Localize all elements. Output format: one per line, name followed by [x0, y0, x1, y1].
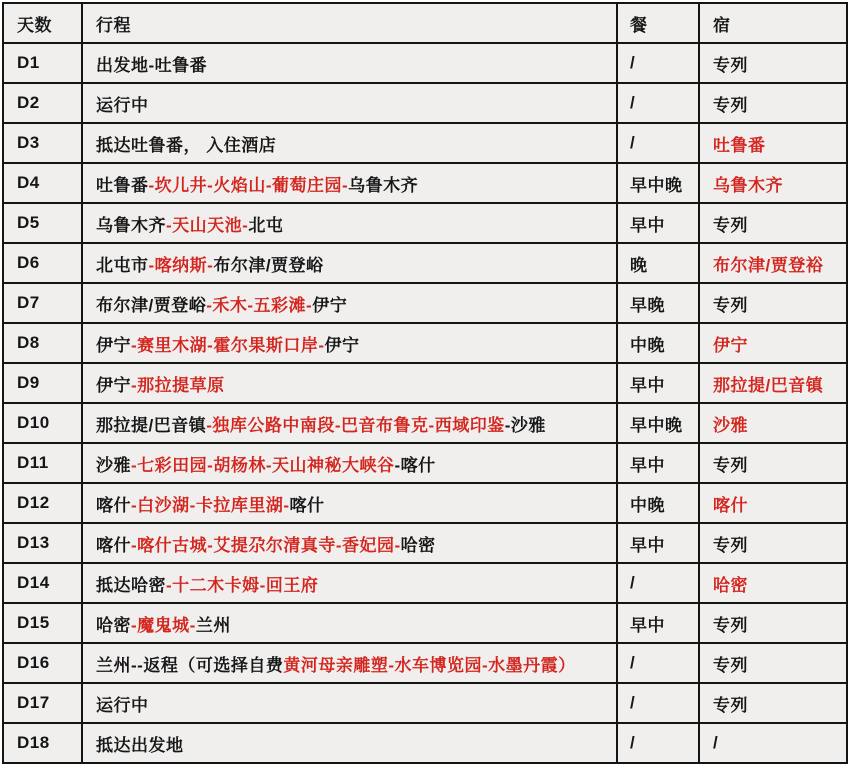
stay-cell: 专列: [699, 643, 847, 683]
itinerary-text: 出发地-吐鲁番: [96, 56, 207, 75]
itinerary-cell: 那拉提/巴音镇-独库公路中南段-巴音布鲁克-西域印鉴-沙雅: [82, 403, 617, 443]
itinerary-table: 天数 行程 餐 宿 D1出发地-吐鲁番/专列D2运行中/专列D3抵达吐鲁番， 入…: [2, 2, 848, 764]
itinerary-cell: 出发地-吐鲁番: [82, 43, 617, 83]
itinerary-text: 喀什: [96, 536, 131, 555]
stay-cell: 专列: [699, 203, 847, 243]
itinerary-highlight-text: -白沙湖-卡拉库里湖-: [131, 496, 289, 515]
page: 天数 行程 餐 宿 D1出发地-吐鲁番/专列D2运行中/专列D3抵达吐鲁番， 入…: [0, 0, 848, 732]
day-cell: D18: [3, 723, 82, 763]
stay-cell: 专列: [699, 83, 847, 123]
itinerary-cell: 运行中: [82, 83, 617, 123]
itinerary-text: 伊宁: [324, 336, 359, 355]
col-header-days: 天数: [3, 3, 82, 43]
itinerary-highlight-text: -那拉提草原: [131, 376, 225, 395]
day-cell: D16: [3, 643, 82, 683]
stay-cell: /: [699, 723, 847, 763]
table-row: D10那拉提/巴音镇-独库公路中南段-巴音布鲁克-西域印鉴-沙雅早中晚沙雅: [3, 403, 847, 443]
itinerary-cell: 伊宁-赛里木湖-霍尔果斯口岸-伊宁: [82, 323, 617, 363]
stay-cell: 那拉提/巴音镇: [699, 363, 847, 403]
day-cell: D12: [3, 483, 82, 523]
meals-cell: /: [617, 123, 699, 163]
itinerary-text: 北屯: [248, 216, 283, 235]
day-cell: D9: [3, 363, 82, 403]
itinerary-highlight-text: -魔鬼城-: [131, 616, 196, 635]
meals-cell: 中晚: [617, 323, 699, 363]
itinerary-text: 布尔津/贾登峪: [96, 296, 206, 315]
table-row: D17运行中/专列: [3, 683, 847, 723]
itinerary-text: 哈密: [401, 536, 436, 555]
itinerary-text: 伊宁: [312, 296, 347, 315]
itinerary-highlight-text: -喀纳斯-: [149, 256, 214, 275]
table-row: D14抵达哈密-十二木卡姆-回王府/哈密: [3, 563, 847, 603]
meals-cell: 早中: [617, 203, 699, 243]
itinerary-text: 北屯市: [96, 256, 149, 275]
stay-cell: 乌鲁木齐: [699, 163, 847, 203]
day-cell: D4: [3, 163, 82, 203]
itinerary-highlight-text: -坎儿井-火焰山-葡萄庄园-: [149, 176, 349, 195]
itinerary-text: 兰州: [196, 616, 231, 635]
stay-cell: 哈密: [699, 563, 847, 603]
stay-cell: 专列: [699, 443, 847, 483]
itinerary-cell: 布尔津/贾登峪-禾木-五彩滩-伊宁: [82, 283, 617, 323]
stay-cell: 专列: [699, 283, 847, 323]
itinerary-cell: 乌鲁木齐-天山天池-北屯: [82, 203, 617, 243]
itinerary-text: 喀什: [96, 496, 131, 515]
meals-cell: /: [617, 723, 699, 763]
itinerary-highlight-text: -七彩田园-胡杨林-天山神秘大峡谷: [131, 456, 394, 475]
stay-cell: 布尔津/贾登裕: [699, 243, 847, 283]
itinerary-cell: 兰州--返程（可选择自费黄河母亲雕塑-水车博览园-水墨丹霞）: [82, 643, 617, 683]
itinerary-cell: 吐鲁番-坎儿井-火焰山-葡萄庄园-乌鲁木齐: [82, 163, 617, 203]
itinerary-highlight-text: 黄河母亲雕塑-水车博览园-水墨丹霞）: [283, 656, 575, 675]
itinerary-text: -沙雅: [505, 416, 546, 435]
table-row: D9伊宁-那拉提草原早中那拉提/巴音镇: [3, 363, 847, 403]
meals-cell: /: [617, 683, 699, 723]
table-row: D4吐鲁番-坎儿井-火焰山-葡萄庄园-乌鲁木齐早中晚乌鲁木齐: [3, 163, 847, 203]
meals-cell: 晚: [617, 243, 699, 283]
itinerary-cell: 哈密-魔鬼城-兰州: [82, 603, 617, 643]
stay-cell: 吐鲁番: [699, 123, 847, 163]
day-cell: D7: [3, 283, 82, 323]
meals-cell: 早中: [617, 363, 699, 403]
table-row: D18抵达出发地//: [3, 723, 847, 763]
itinerary-text: 运行中: [96, 696, 149, 715]
itinerary-cell: 沙雅-七彩田园-胡杨林-天山神秘大峡谷-喀什: [82, 443, 617, 483]
col-header-meals: 餐: [617, 3, 699, 43]
itinerary-cell: 抵达哈密-十二木卡姆-回王府: [82, 563, 617, 603]
itinerary-text: 伊宁: [96, 336, 131, 355]
table-row: D1出发地-吐鲁番/专列: [3, 43, 847, 83]
meals-cell: 中晚: [617, 483, 699, 523]
meals-cell: 早中: [617, 523, 699, 563]
meals-cell: /: [617, 563, 699, 603]
stay-cell: 伊宁: [699, 323, 847, 363]
itinerary-text: 布尔津/贾登峪: [213, 256, 323, 275]
itinerary-text: 抵达出发地: [96, 736, 184, 755]
table-row: D13喀什-喀什古城-艾提尕尔清真寺-香妃园-哈密早中专列: [3, 523, 847, 563]
table-header: 天数 行程 餐 宿: [3, 3, 847, 43]
table-body: D1出发地-吐鲁番/专列D2运行中/专列D3抵达吐鲁番， 入住酒店/吐鲁番D4吐…: [3, 43, 847, 763]
day-cell: D11: [3, 443, 82, 483]
col-header-itinerary: 行程: [82, 3, 617, 43]
itinerary-cell: 北屯市-喀纳斯-布尔津/贾登峪: [82, 243, 617, 283]
itinerary-text: 伊宁: [96, 376, 131, 395]
meals-cell: 早晚: [617, 283, 699, 323]
meals-cell: /: [617, 643, 699, 683]
day-cell: D2: [3, 83, 82, 123]
itinerary-text: 那拉提/巴音镇: [96, 416, 206, 435]
meals-cell: 早中: [617, 443, 699, 483]
itinerary-text: 沙雅: [96, 456, 131, 475]
day-cell: D6: [3, 243, 82, 283]
meals-cell: /: [617, 43, 699, 83]
meals-cell: 早中晚: [617, 163, 699, 203]
stay-cell: 专列: [699, 603, 847, 643]
itinerary-highlight-text: -十二木卡姆-回王府: [166, 576, 318, 595]
table-row: D5乌鲁木齐-天山天池-北屯早中专列: [3, 203, 847, 243]
table-row: D7布尔津/贾登峪-禾木-五彩滩-伊宁早晚专列: [3, 283, 847, 323]
day-cell: D5: [3, 203, 82, 243]
table-row: D11沙雅-七彩田园-胡杨林-天山神秘大峡谷-喀什早中专列: [3, 443, 847, 483]
table-row: D8伊宁-赛里木湖-霍尔果斯口岸-伊宁中晚伊宁: [3, 323, 847, 363]
itinerary-highlight-text: -喀什古城-艾提尕尔清真寺-香妃园-: [131, 536, 401, 555]
table-row: D2运行中/专列: [3, 83, 847, 123]
day-cell: D1: [3, 43, 82, 83]
col-header-stay: 宿: [699, 3, 847, 43]
stay-cell: 沙雅: [699, 403, 847, 443]
itinerary-text: 喀什: [289, 496, 324, 515]
table-row: D3抵达吐鲁番， 入住酒店/吐鲁番: [3, 123, 847, 163]
stay-cell: 专列: [699, 523, 847, 563]
day-cell: D3: [3, 123, 82, 163]
stay-cell: 专列: [699, 43, 847, 83]
itinerary-cell: 抵达吐鲁番， 入住酒店: [82, 123, 617, 163]
itinerary-cell: 抵达出发地: [82, 723, 617, 763]
day-cell: D10: [3, 403, 82, 443]
itinerary-text: -喀什: [394, 456, 435, 475]
meals-cell: 早中: [617, 603, 699, 643]
itinerary-text: 运行中: [96, 96, 149, 115]
itinerary-highlight-text: -天山天池-: [166, 216, 248, 235]
stay-cell: 专列: [699, 683, 847, 723]
itinerary-cell: 伊宁-那拉提草原: [82, 363, 617, 403]
itinerary-text: 乌鲁木齐: [348, 176, 418, 195]
header-row: 天数 行程 餐 宿: [3, 3, 847, 43]
meals-cell: /: [617, 83, 699, 123]
table-row: D12喀什-白沙湖-卡拉库里湖-喀什中晚喀什: [3, 483, 847, 523]
itinerary-highlight-text: -独库公路中南段-巴音布鲁克-西域印鉴: [206, 416, 504, 435]
table-row: D16兰州--返程（可选择自费黄河母亲雕塑-水车博览园-水墨丹霞）/专列: [3, 643, 847, 683]
itinerary-text: 兰州--返程（可选择自费: [96, 656, 283, 675]
itinerary-text: 乌鲁木齐: [96, 216, 166, 235]
day-cell: D17: [3, 683, 82, 723]
itinerary-text: 抵达吐鲁番， 入住酒店: [96, 136, 276, 155]
day-cell: D15: [3, 603, 82, 643]
table-row: D6北屯市-喀纳斯-布尔津/贾登峪晚布尔津/贾登裕: [3, 243, 847, 283]
table-row: D15哈密-魔鬼城-兰州早中专列: [3, 603, 847, 643]
itinerary-cell: 喀什-喀什古城-艾提尕尔清真寺-香妃园-哈密: [82, 523, 617, 563]
day-cell: D14: [3, 563, 82, 603]
day-cell: D13: [3, 523, 82, 563]
itinerary-text: 哈密: [96, 616, 131, 635]
stay-cell: 喀什: [699, 483, 847, 523]
itinerary-highlight-text: -赛里木湖-霍尔果斯口岸-: [131, 336, 324, 355]
itinerary-cell: 喀什-白沙湖-卡拉库里湖-喀什: [82, 483, 617, 523]
itinerary-text: 抵达哈密: [96, 576, 166, 595]
day-cell: D8: [3, 323, 82, 363]
itinerary-cell: 运行中: [82, 683, 617, 723]
itinerary-highlight-text: -禾木-五彩滩-: [206, 296, 312, 315]
itinerary-text: 吐鲁番: [96, 176, 149, 195]
meals-cell: 早中晚: [617, 403, 699, 443]
